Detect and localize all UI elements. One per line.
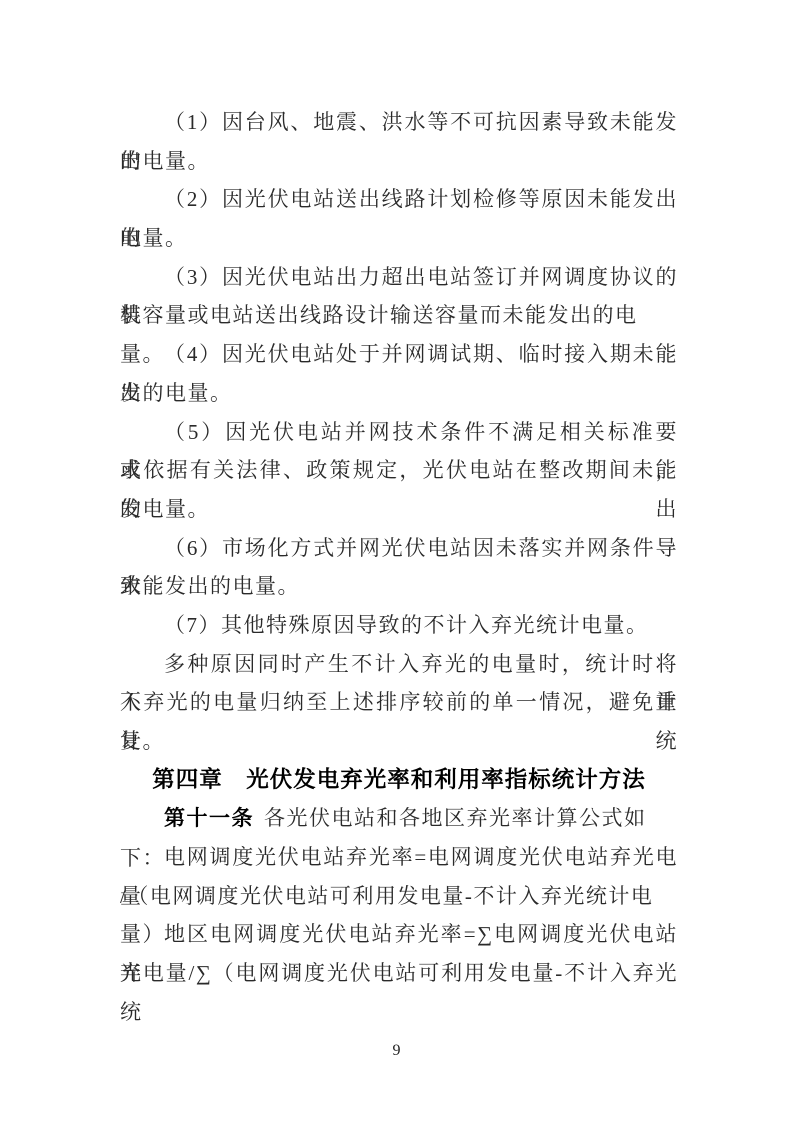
text-line: 出的电量。 [120, 374, 678, 413]
text-line: 地区电网调度光伏电站弃光率=∑电网调度光伏电站弃 [120, 915, 678, 954]
page-body-text: （1）因台风、地震、洪水等不可抗因素导致未能发出的电量。（2）因光伏电站送出线路… [120, 103, 678, 993]
text-line: 或依据有关法律、政策规定，光伏电站在整改期间未能发出 [120, 451, 678, 490]
chapter-heading: 第四章 光伏发电弃光率和利用率指标统计方法 [120, 761, 678, 800]
text-line: 入弃光的电量归纳至上述排序较前的单一情况，避免重复统 [120, 683, 678, 722]
text-line: （6）市场化方式并网光伏电站因未落实并网条件导致 [120, 529, 678, 568]
article-line: 第十一条各光伏电站和各地区弃光率计算公式如下： [120, 799, 678, 838]
text-line: （5）因光伏电站并网技术条件不满足相关标准要求， [120, 413, 678, 452]
text-line: 光电量/∑（电网调度光伏电站可利用发电量-不计入弃光统 [120, 954, 678, 993]
text-line: 未能发出的电量。 [120, 567, 678, 606]
text-line: 机容量或电站送出线路设计输送容量而未能发出的电量。 [120, 296, 678, 335]
text-line: （2）因光伏电站送出线路计划检修等原因未能发出的 [120, 180, 678, 219]
text-line: 多种原因同时产生不计入弃光的电量时，统计时将不计 [120, 645, 678, 684]
text-line: （4）因光伏电站处于并网调试期、临时接入期未能发 [120, 335, 678, 374]
text-line: /（电网调度光伏电站可利用发电量-不计入弃光统计电量） [120, 877, 678, 916]
page-number: 9 [0, 1039, 793, 1063]
text-line: 的电量。 [120, 142, 678, 181]
document-page: （1）因台风、地震、洪水等不可抗因素导致未能发出的电量。（2）因光伏电站送出线路… [0, 0, 793, 1122]
text-line: 电网调度光伏电站弃光率=电网调度光伏电站弃光电量 [120, 838, 678, 877]
text-line: （7）其他特殊原因导致的不计入弃光统计电量。 [120, 606, 678, 645]
text-line: （3）因光伏电站出力超出电站签订并网调度协议的装 [120, 258, 678, 297]
text-line: 电量。 [120, 219, 678, 258]
text-line: （1）因台风、地震、洪水等不可抗因素导致未能发出 [120, 103, 678, 142]
article-number: 第十一条 [164, 807, 254, 830]
